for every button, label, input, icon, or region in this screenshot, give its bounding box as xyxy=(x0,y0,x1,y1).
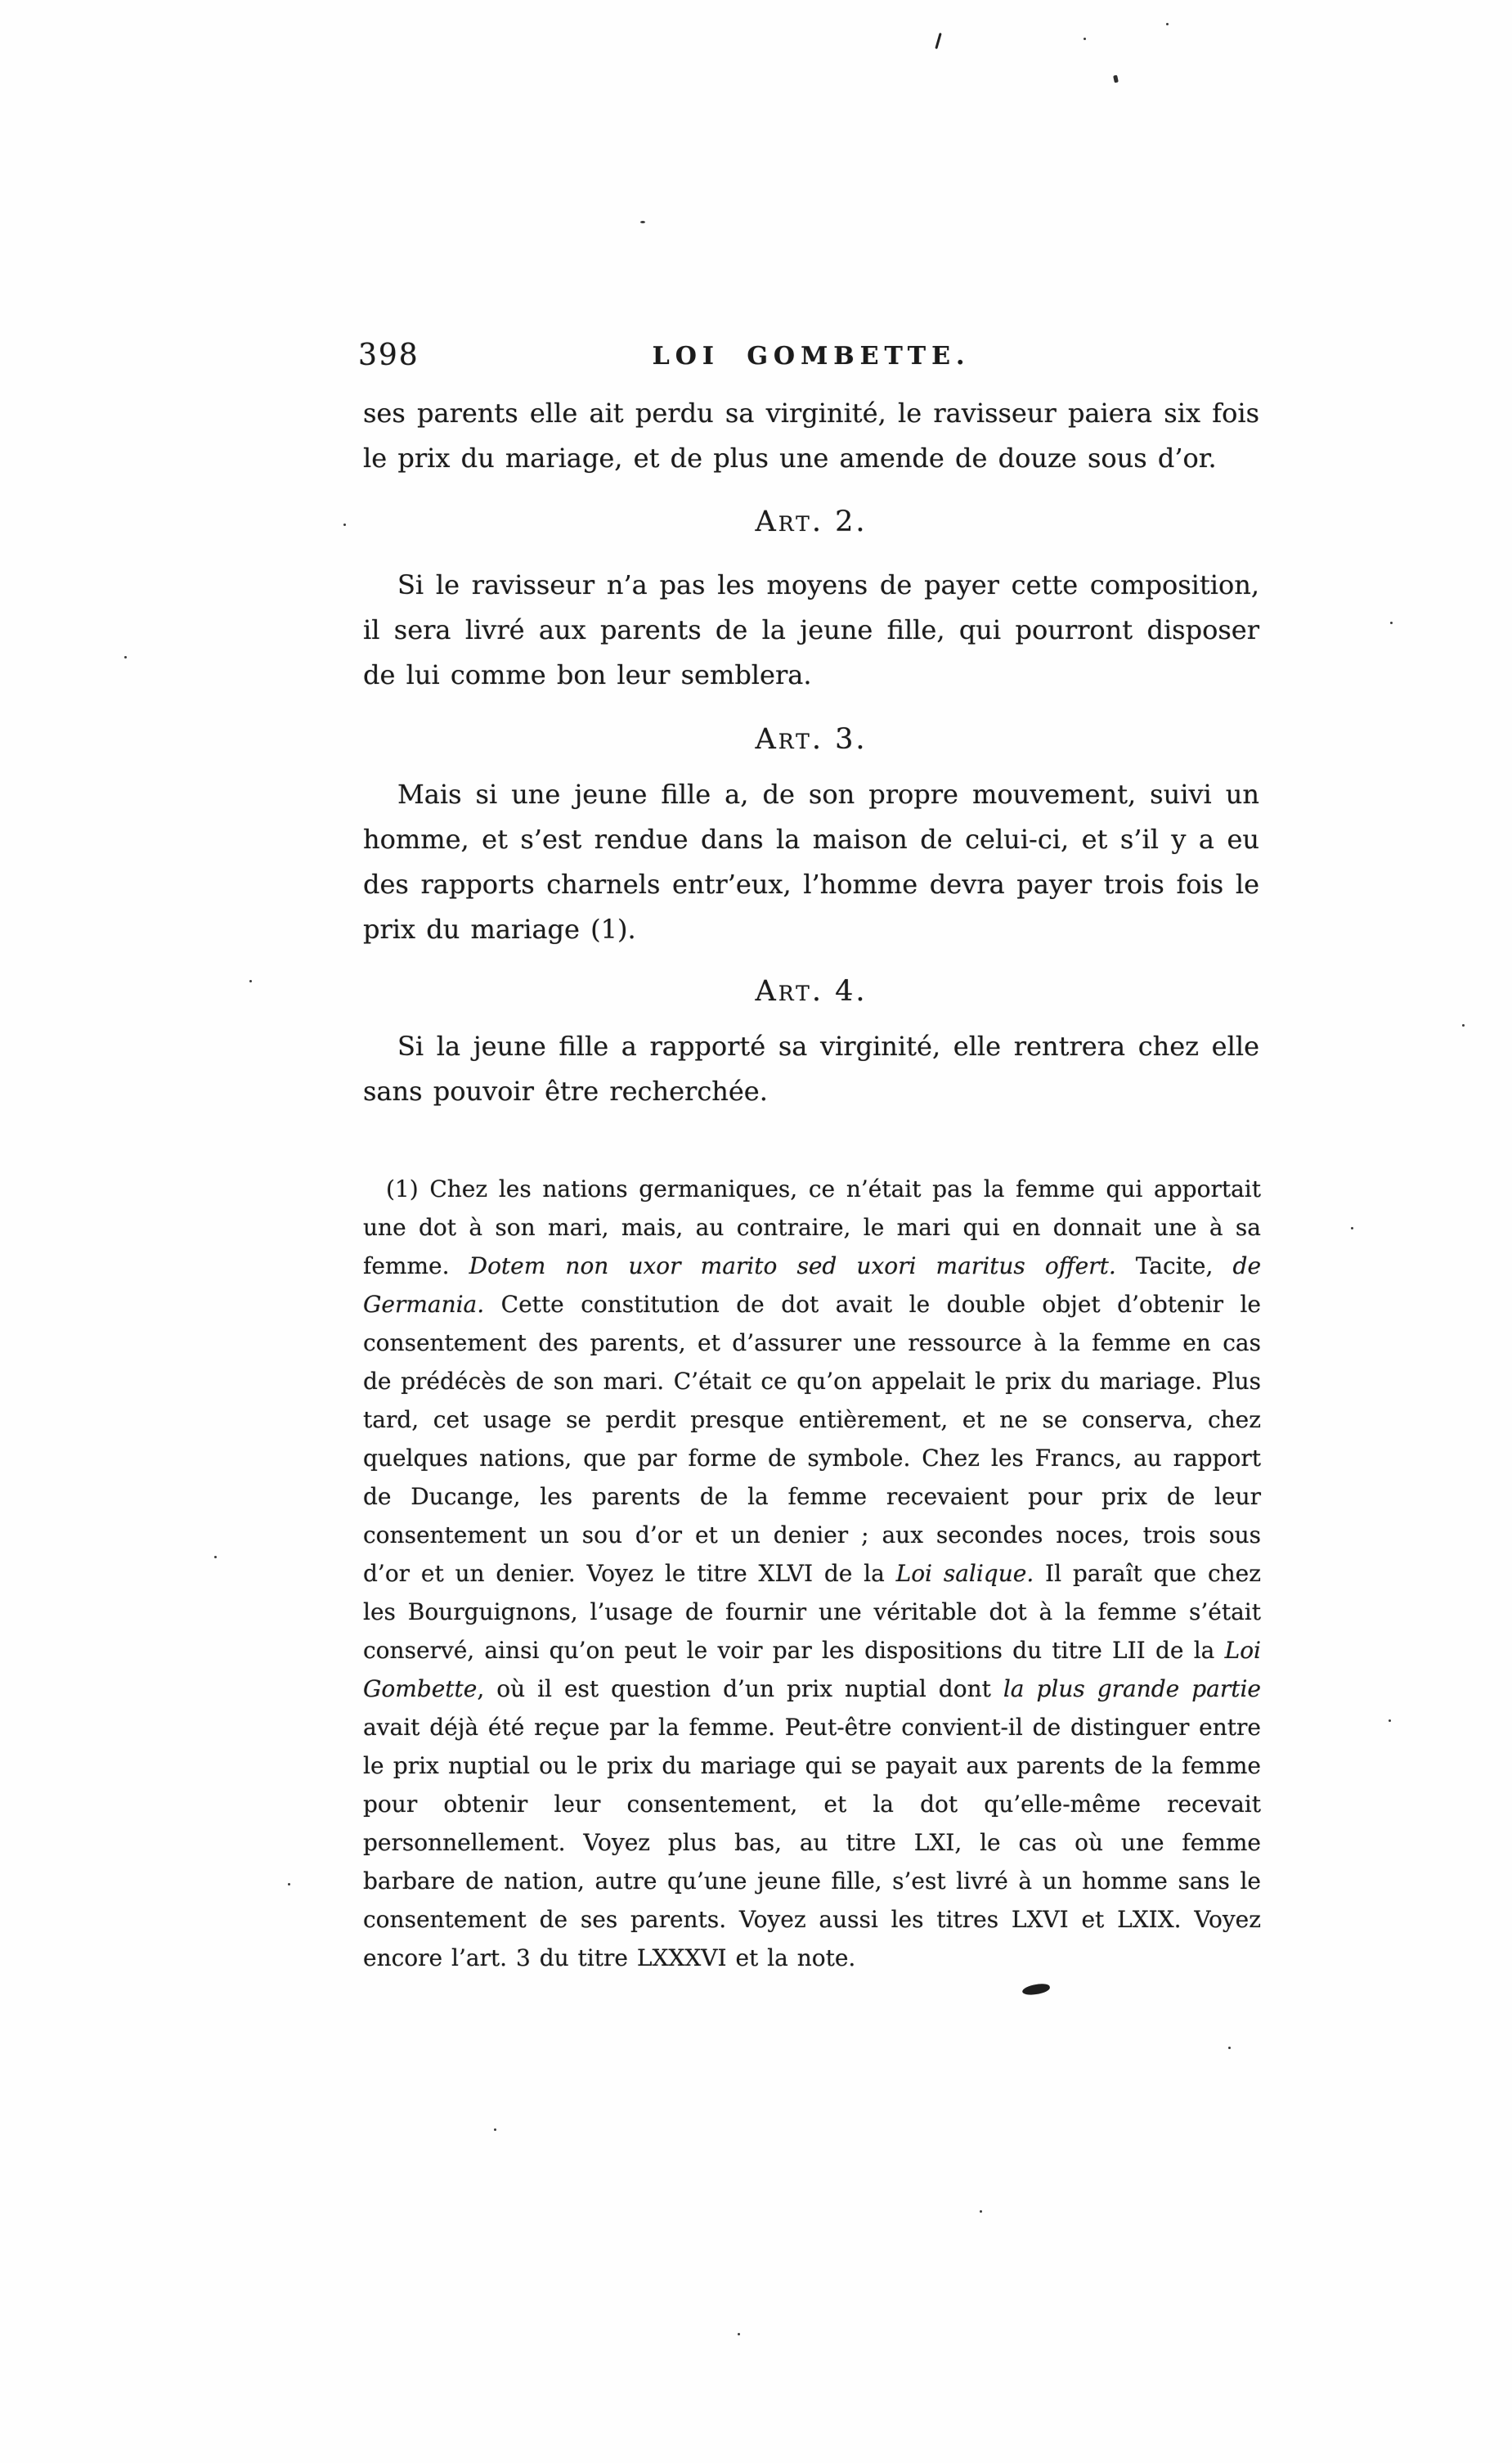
ink-speck xyxy=(1390,622,1393,624)
footnote: (1) Chez les nations germaniques, ce n’é… xyxy=(363,1170,1261,1977)
ink-speck xyxy=(640,221,645,223)
ink-speck xyxy=(1351,1227,1353,1229)
ink-speck xyxy=(124,656,127,658)
article-2-body: Si le ravisseur n’a pas les moyens de pa… xyxy=(363,563,1259,698)
intro-paragraph: ses parents elle ait perdu sa virginité,… xyxy=(363,391,1259,481)
ink-mark-quote xyxy=(1113,75,1119,83)
article-2-heading: Art. 2. xyxy=(363,506,1259,538)
ink-speck xyxy=(1389,1719,1391,1722)
ink-speck xyxy=(1084,38,1086,40)
book-page: 398 LOI GOMBETTE. ses parents elle ait p… xyxy=(0,0,1512,2463)
article-3-heading: Art. 3. xyxy=(363,723,1259,756)
ink-speck xyxy=(738,2333,740,2335)
ink-speck xyxy=(980,2210,982,2213)
article-4-heading: Art. 4. xyxy=(363,975,1259,1008)
article-3-body: Mais si une jeune fille a, de son propre… xyxy=(363,772,1259,952)
ink-speck xyxy=(494,2128,496,2131)
ink-smudge xyxy=(1021,1982,1050,1996)
ink-speck xyxy=(1228,2047,1231,2049)
ink-speck xyxy=(249,980,252,982)
ink-speck xyxy=(343,524,346,526)
article-4-body: Si la jeune fille a rapporté sa virginit… xyxy=(363,1024,1259,1114)
ink-speck xyxy=(1166,23,1169,25)
ink-mark-slash xyxy=(935,33,941,49)
ink-speck xyxy=(214,1556,217,1558)
ink-speck xyxy=(288,1883,290,1885)
running-title: LOI GOMBETTE. xyxy=(363,342,1259,371)
running-head: 398 LOI GOMBETTE. xyxy=(363,339,1259,381)
ink-speck xyxy=(1462,1024,1465,1027)
